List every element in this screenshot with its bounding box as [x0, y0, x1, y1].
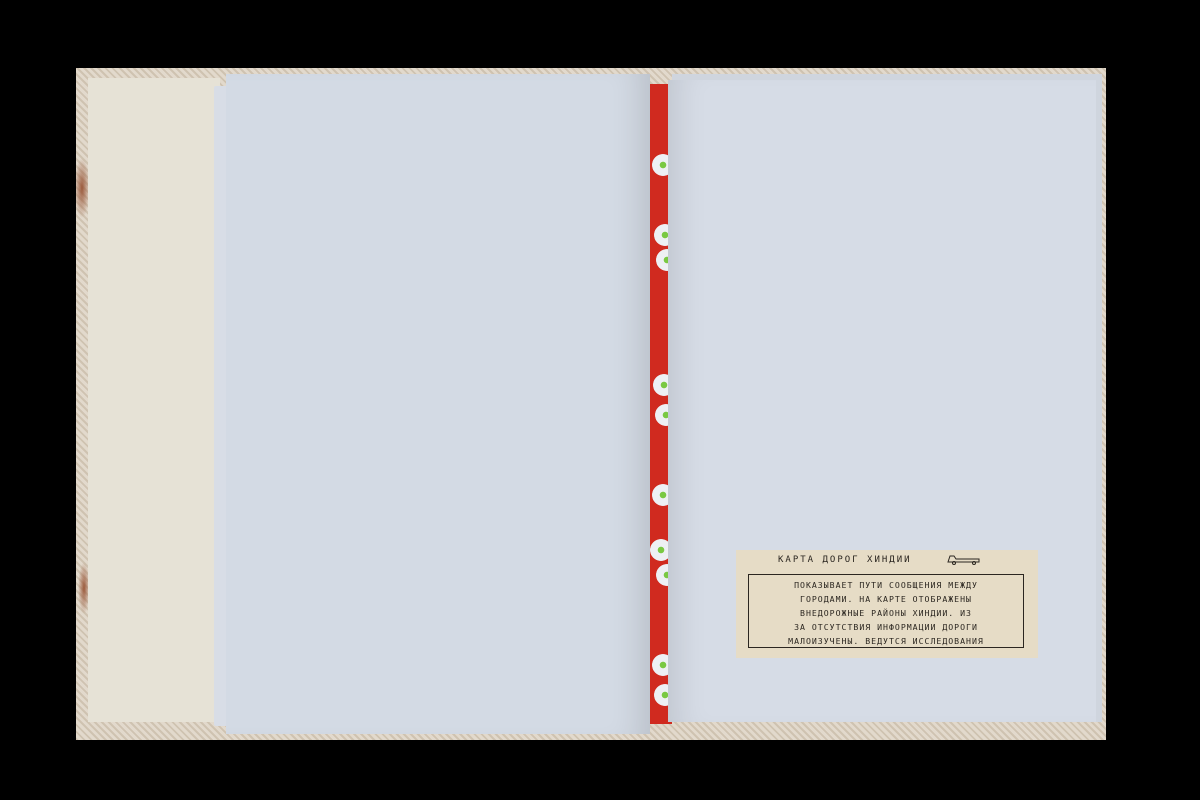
label-body: ПОКАЗЫВАЕТ ПУТИ СООБЩЕНИЯ МЕЖДУ ГОРОДАМИ… — [748, 574, 1024, 648]
label-line: МАЛОИЗУЧЕНЫ. ВЕДУТСЯ ИССЛЕДОВАНИЯ — [755, 634, 1017, 648]
label-line: ПОКАЗЫВАЕТ ПУТИ СООБЩЕНИЯ МЕЖДУ — [755, 578, 1017, 592]
map-description-label: КАРТА ДОРОГ ХИНДИИ ПОКАЗЫВАЕТ ПУТИ СООБЩ… — [736, 550, 1038, 658]
left-blank-page — [226, 74, 650, 734]
truck-icon — [946, 552, 982, 566]
label-line: ГОРОДАМИ. НА КАРТЕ ОТОБРАЖЕНЫ — [755, 592, 1017, 606]
left-endpaper — [88, 78, 220, 722]
label-title: КАРТА ДОРОГ ХИНДИИ — [778, 555, 912, 565]
label-line: ЗА ОТСУТСТВИЯ ИНФОРМАЦИИ ДОРОГИ — [755, 620, 1017, 634]
label-line: ВНЕДОРОЖНЫЕ РАЙОНЫ ХИНДИИ. ИЗ — [755, 606, 1017, 620]
